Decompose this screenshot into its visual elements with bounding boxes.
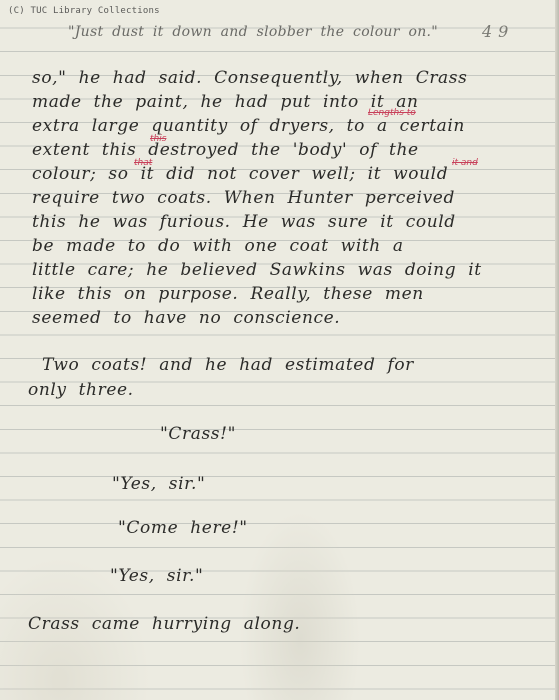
red-insertion: this bbox=[150, 134, 166, 144]
closing-line: Crass came hurrying along. bbox=[28, 614, 300, 634]
body-line-5: colour; so it did not cover well; it wou… bbox=[32, 164, 448, 184]
body-line-9: little care; he believed Sawkins was doi… bbox=[32, 260, 482, 280]
page-edge bbox=[555, 0, 559, 700]
body-line-11: seemed to have no conscience. bbox=[32, 308, 340, 328]
red-insertion: Lengths to bbox=[368, 108, 416, 118]
red-insertion: that bbox=[134, 158, 152, 168]
dialogue-line-2: "Yes, sir." bbox=[112, 474, 205, 494]
dialogue-line-4: "Yes, sir." bbox=[110, 566, 203, 586]
body-line-7: this he was furious. He was sure it coul… bbox=[32, 212, 456, 232]
body-line-2: made the paint, he had put into it an bbox=[32, 92, 419, 112]
red-insertion: it and bbox=[452, 158, 478, 168]
body-line-3: extra large quantity of dryers, to a cer… bbox=[32, 116, 465, 136]
body-line-6: require two coats. When Hunter perceived bbox=[32, 188, 455, 208]
copyright-watermark: (C) TUC Library Collections bbox=[8, 6, 160, 16]
body-line-1: so," he had said. Consequently, when Cra… bbox=[32, 68, 467, 88]
body-line-4: extent this destroyed the 'body' of the bbox=[32, 140, 419, 160]
dialogue-line-3: "Come here!" bbox=[118, 518, 248, 538]
running-header: "Just dust it down and slobber the colou… bbox=[68, 24, 438, 40]
paragraph2-line-2: only three. bbox=[28, 380, 134, 400]
paragraph2-line-1: Two coats! and he had estimated for bbox=[42, 355, 414, 375]
manuscript-page: (C) TUC Library Collections "Just dust i… bbox=[0, 0, 559, 700]
page-number: 49 bbox=[482, 22, 514, 41]
body-line-10: like this on purpose. Really, these men bbox=[32, 284, 424, 304]
dialogue-line-1: "Crass!" bbox=[160, 424, 236, 444]
body-line-8: be made to do with one coat with a bbox=[32, 236, 404, 256]
